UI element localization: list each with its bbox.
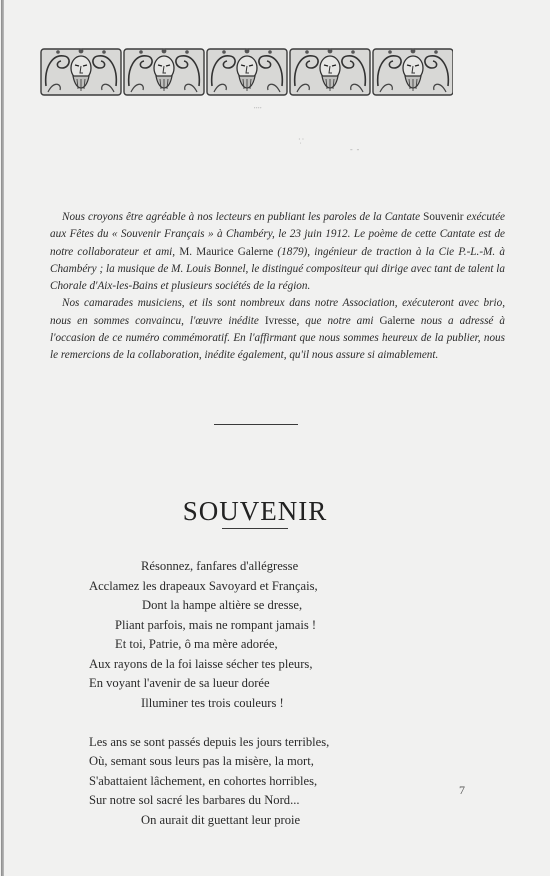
- title-underline-rule: [222, 528, 288, 529]
- poem-line: Résonnez, fanfares d'allégresse: [141, 557, 298, 577]
- intro-paragraph-1: Nous croyons être agréable à nos lecteur…: [50, 209, 505, 295]
- poem-line: En voyant l'avenir de sa lueur dorée: [89, 674, 270, 694]
- poem-line: Acclamez les drapeaux Savoyard et França…: [89, 577, 318, 597]
- intro-text-run: Nous croyons être agréable à nos lecteur…: [62, 211, 423, 223]
- print-speck: - -: [350, 145, 360, 154]
- page-number: 7: [459, 783, 465, 798]
- separator-rule: [214, 424, 298, 425]
- print-speck: ·̣·: [298, 135, 305, 144]
- poem-line: Où, semant sous leurs pas la misère, la …: [89, 752, 314, 772]
- poem-line: Aux rayons de la foi laisse sécher tes p…: [89, 655, 312, 675]
- introduction-text: Nous croyons être agréable à nos lecteur…: [50, 209, 505, 365]
- intro-text-run: , que notre ami: [297, 315, 380, 327]
- print-speck: ᠁: [252, 100, 261, 114]
- page-title: SOUVENIR: [0, 496, 510, 527]
- intro-paragraph-2: Nos camarades musiciens, et ils sont nom…: [50, 295, 505, 364]
- poem-line: Et toi, Patrie, ô ma mère adorée,: [115, 635, 278, 655]
- intro-text-run: Ivresse: [265, 315, 297, 327]
- poem-line: Illuminer tes trois couleurs !: [141, 694, 284, 714]
- ornamental-frieze-icon: [40, 46, 453, 98]
- poem-line: Les ans se sont passés depuis les jours …: [89, 733, 329, 753]
- poem-line: Pliant parfois, mais ne rompant jamais !: [115, 616, 316, 636]
- poem-line: On aurait dit guettant leur proie: [141, 811, 300, 831]
- poem-line: Dont la hampe altière se dresse,: [142, 596, 302, 616]
- page-binding-edge: [1, 0, 4, 876]
- intro-text-run: Souvenir: [423, 211, 463, 223]
- intro-text-run: Galerne: [379, 315, 414, 327]
- poem-line: Sur notre sol sacré les barbares du Nord…: [89, 791, 300, 811]
- poem-line: S'abattaient lâchement, en cohortes horr…: [89, 772, 317, 792]
- intro-text-run: M. Maurice Galerne: [179, 246, 273, 258]
